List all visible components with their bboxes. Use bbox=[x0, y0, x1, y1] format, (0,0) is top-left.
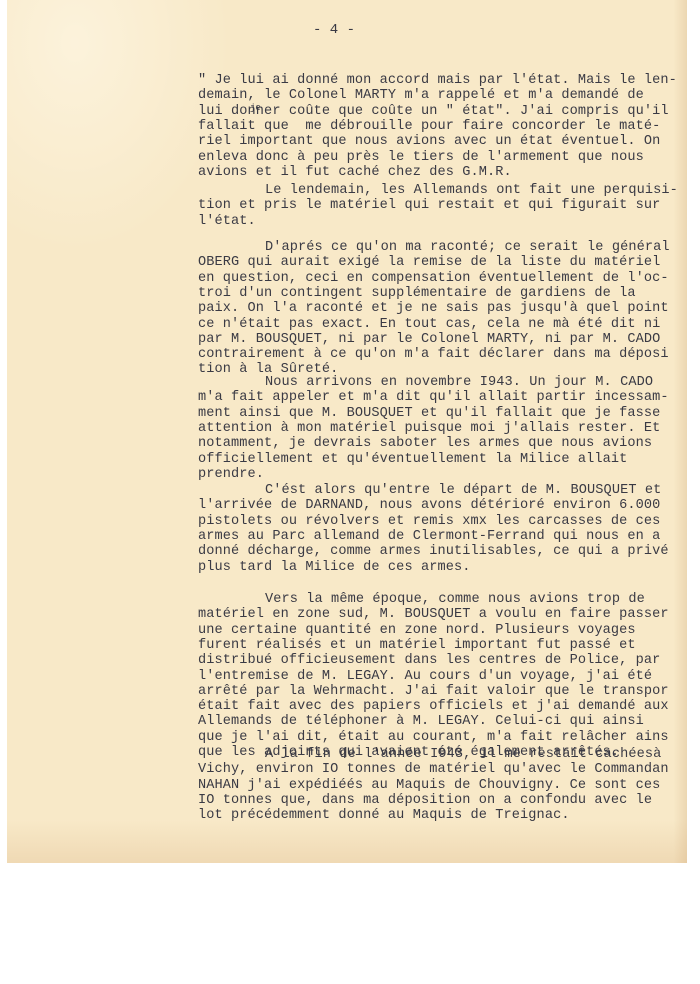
text-line: contrairement à ce qu'on m'a fait déclar… bbox=[198, 347, 669, 362]
text-line: attention à mon matériel puisque moi j'a… bbox=[198, 421, 660, 436]
text-line: Allemands de téléphoner à M. LEGAY. Celu… bbox=[198, 714, 644, 729]
text-line: demain, le Colonel MARTY m'a rappelé et … bbox=[198, 88, 644, 103]
page-number: - 4 - bbox=[313, 22, 355, 38]
text-line: IO tonnes que, dans ma déposition on a c… bbox=[198, 793, 652, 808]
text-line: paix. On l'a raconté et je ne sais pas j… bbox=[198, 301, 669, 316]
text-line: matériel en zone sud, M. BOUSQUET a voul… bbox=[198, 607, 669, 622]
text-line: par M. BOUSQUET, ni par le Colonel MARTY… bbox=[198, 332, 660, 347]
text-line: une certaine quantité en zone nord. Plus… bbox=[198, 623, 636, 638]
text-line: notamment, je devrais saboter les armes … bbox=[198, 436, 652, 451]
text-line: C'ést alors qu'entre le départ de M. BOU… bbox=[265, 483, 661, 498]
text-line: Le lendemain, les Allemands ont fait une… bbox=[265, 183, 678, 198]
text-line: Vers la même époque, comme nous avions t… bbox=[265, 592, 645, 607]
text-line: pistolets ou révolvers et remis xmx les … bbox=[198, 514, 660, 529]
text-line: l'arrivée de DARNAND, nous avons détério… bbox=[198, 498, 660, 513]
insertion-mark: je bbox=[250, 103, 261, 113]
text-line: Vichy, environ IO tonnes de matériel qu'… bbox=[198, 762, 669, 777]
text-line: ment ainsi que M. BOUSQUET et qu'il fall… bbox=[198, 406, 660, 421]
text-line: arrêté par la Wehrmacht. J'ai fait valoi… bbox=[198, 684, 669, 699]
text-line: donné décharge, comme armes inutilisable… bbox=[198, 544, 669, 559]
text-line: enleva donc à peu près le tiers de l'arm… bbox=[198, 150, 644, 165]
text-line: riel important que nous avions avec un é… bbox=[198, 134, 660, 149]
text-line: l'entremise de M. LEGAY. Au cours d'un v… bbox=[198, 669, 652, 684]
text-line: que je l'ai dit, était au courant, m'a f… bbox=[198, 730, 669, 745]
text-line: OBERG qui aurait exigé la remise de la l… bbox=[198, 255, 660, 270]
text-line: Nous arrivons en novembre I943. Un jour … bbox=[265, 375, 653, 390]
text-line: était fait avec des papiers officiels et… bbox=[198, 699, 669, 714]
text-line: distribué officieusement dans les centre… bbox=[198, 653, 660, 668]
text-line: D'aprés ce qu'on ma raconté; ce serait l… bbox=[265, 240, 670, 255]
text-line: plus tard la Milice de ces armes. bbox=[198, 560, 471, 575]
text-line: avions et il fut caché chez des G.M.R. bbox=[198, 165, 512, 180]
text-line: NAHAN j'ai expédiéés au Maquis de Chouvi… bbox=[198, 778, 660, 793]
text-line: m'a fait appeler et m'a dit qu'il allait… bbox=[198, 390, 669, 405]
text-line: A la fin de l'année I943, il me restait … bbox=[265, 747, 661, 762]
text-line: furent réalisés et un matériel important… bbox=[198, 638, 636, 653]
text-line: en question, ceci en compensation éventu… bbox=[198, 271, 669, 286]
text-line: tion et pris le matériel qui restait et … bbox=[198, 198, 660, 213]
text-line: fallait que me débrouille pour faire con… bbox=[198, 119, 660, 134]
text-line: officiellement et qu'éventuellement la M… bbox=[198, 452, 627, 467]
text-line: troi d'un contingent supplémentaire de g… bbox=[198, 286, 636, 301]
document-page: - 4 - " Je lui ai donné mon accord mais … bbox=[7, 0, 687, 863]
text-line: prendre. bbox=[198, 467, 264, 482]
text-line: " Je lui ai donné mon accord mais par l'… bbox=[198, 73, 677, 88]
text-line: armes au Parc allemand de Clermont-Ferra… bbox=[198, 529, 660, 544]
text-line: lot précédemment donné au Maquis de Trei… bbox=[198, 808, 570, 823]
text-line: lui donner coûte que coûte un " état". J… bbox=[198, 104, 669, 119]
text-line: l'état. bbox=[198, 214, 256, 229]
text-line: ce n'était pas exact. En tout cas, cela … bbox=[198, 317, 660, 332]
